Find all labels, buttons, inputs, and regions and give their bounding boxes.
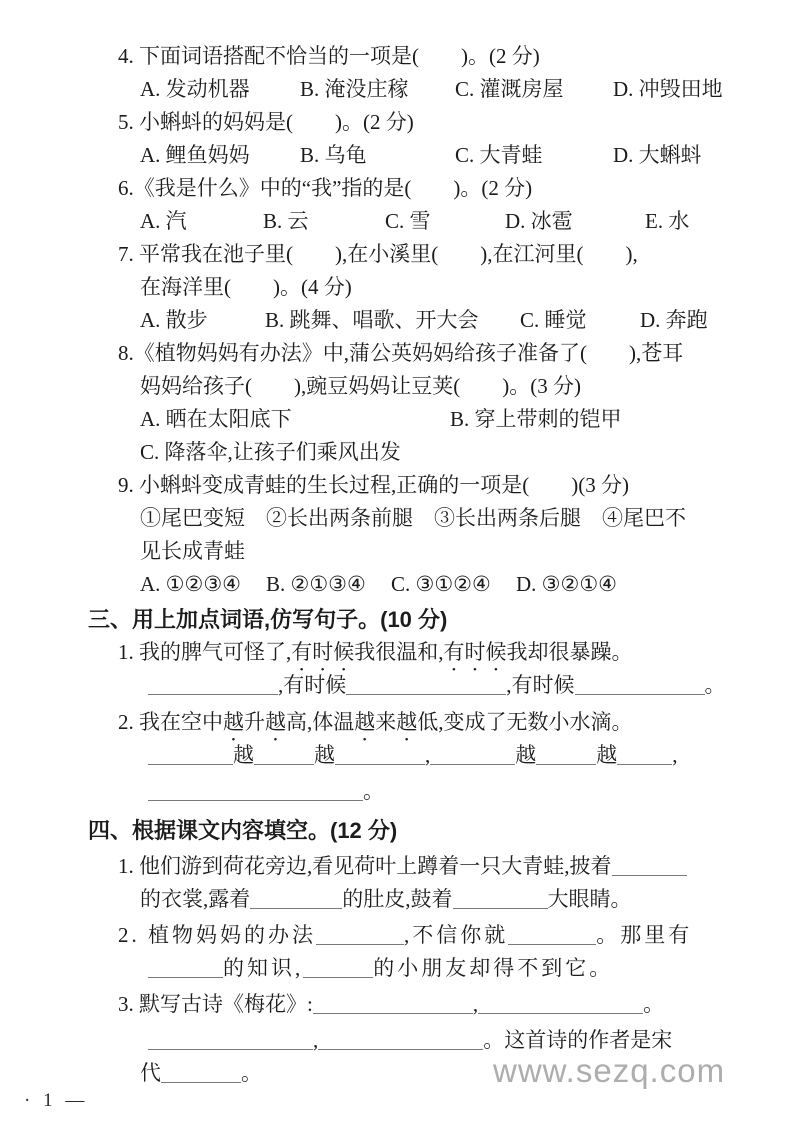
sentence-text: 。 (363, 779, 384, 803)
option-b: B. 乌龟 (300, 139, 455, 172)
question-8-options-row2: C. 降落伞,让孩子们乘风出发 (0, 436, 800, 469)
answer-blank (303, 960, 373, 978)
option-a: A. ①②③④ (140, 568, 266, 601)
section-4-q2-line2: 的知识,的小朋友却得不到它。 (0, 952, 800, 985)
section-3-header: 三、用上加点词语,仿写句子。(10 分) (0, 603, 800, 636)
sentence-text: 的肚皮,鼓着 (342, 887, 452, 911)
answer-blank (148, 747, 233, 765)
section-3-q1-answer-line: ,有时候,有时候。 (0, 669, 800, 702)
answer-blank (250, 891, 342, 909)
answer-blank (313, 996, 473, 1014)
question-6-options: A. 汽B. 云C. 雪D. 冰雹E. 水 (0, 205, 800, 238)
question-9-items-line1: ①尾巴变短 ②长出两条前腿 ③长出两条后腿 ④尾巴不 (0, 502, 800, 535)
question-9-options: A. ①②③④B. ②①③④C. ③①②④D. ③②①④ (0, 568, 800, 601)
question-4-stem: 4. 下面词语搭配不恰当的一项是( )。(2 分) (0, 40, 800, 73)
question-8-stem-line1: 8.《植物妈妈有办法》中,蒲公英妈妈给孩子准备了( ),苍耳 (0, 337, 800, 370)
sentence-text: 越 (233, 743, 254, 767)
option-b: B. ②①③④ (266, 568, 391, 601)
section-4-header: 四、根据课文内容填空。(12 分) (0, 814, 800, 847)
section-4-q1-line1: 1. 他们游到荷花旁边,看见荷叶上蹲着一只大青蛙,披着 (0, 850, 800, 883)
option-d: D. ③②①④ (516, 568, 617, 601)
answer-blank (612, 858, 687, 876)
sentence-text: , (672, 743, 677, 767)
answer-blank (617, 747, 672, 765)
sentence-text: 来 (375, 710, 396, 734)
answer-blank (148, 1032, 313, 1050)
question-7-options: A. 散步B. 跳舞、唱歌、开大会C. 睡觉D. 奔跑 (0, 304, 800, 337)
answer-blank (536, 747, 596, 765)
dotted-word: 越 (396, 710, 417, 734)
option-b: B. 跳舞、唱歌、开大会 (265, 304, 520, 337)
answer-blank (316, 927, 404, 945)
option-c: C. 灌溉房屋 (455, 73, 613, 106)
watermark: www.sezq.com (493, 1052, 725, 1090)
question-7-stem-line2: 在海洋里( )。(4 分) (0, 271, 800, 304)
dotted-word: 有时候 (444, 640, 507, 664)
section-3-q2-answer-line2: 。 (0, 775, 800, 808)
dotted-word: 有时候 (291, 640, 354, 664)
option-d: D. 大蝌蚪 (613, 139, 702, 172)
sentence-text: 升 (244, 710, 265, 734)
option-a: A. 汽 (140, 205, 263, 238)
sentence-text: 1. 我的脾气可怪了, (118, 640, 291, 664)
sentence-text: 的衣裳,露着 (140, 887, 250, 911)
sentence-text: 的小朋友却得不到它。 (373, 956, 613, 980)
sentence-text: 越 (596, 743, 617, 767)
option-c: C. 睡觉 (520, 304, 640, 337)
question-7-stem-line1: 7. 平常我在池子里( ),在小溪里( ),在江河里( ), (0, 238, 800, 271)
question-8-stem-line2: 妈妈给孩子( ),豌豆妈妈让豆荚( )。(3 分) (0, 370, 800, 403)
option-c: C. ③①②④ (391, 568, 516, 601)
dotted-word: 越 (223, 710, 244, 734)
section-4-q3-line1: 3. 默写古诗《梅花》:,。 (0, 988, 800, 1021)
answer-blank (478, 996, 643, 1014)
question-9-stem: 9. 小蝌蚪变成青蛙的生长过程,正确的一项是( )(3 分) (0, 469, 800, 502)
option-a: A. 发动机器 (140, 73, 300, 106)
sentence-text: 的知识, (223, 956, 303, 980)
sentence-text: 。 (643, 992, 664, 1016)
sentence-text: 2. 植物妈妈的办法 (118, 923, 316, 947)
question-5-stem: 5. 小蝌蚪的妈妈是( )。(2 分) (0, 106, 800, 139)
question-8-options-row1: A. 晒在太阳底下B. 穿上带刺的铠甲 (0, 403, 800, 436)
option-c: C. 雪 (385, 205, 505, 238)
option-b: B. 云 (263, 205, 385, 238)
sentence-text: 高,体温 (286, 710, 354, 734)
sentence-text: 。 (705, 673, 726, 697)
sentence-text: 2. 我在空中 (118, 710, 223, 734)
sentence-text: 。 (241, 1061, 262, 1085)
section-3-q2-answer-line1: 越越,越越, (0, 739, 800, 772)
answer-blank (430, 747, 515, 765)
sentence-text: 。那里有 (596, 923, 692, 947)
sentence-text: ,不信你就 (404, 923, 508, 947)
answer-blank (318, 1032, 483, 1050)
answer-blank (148, 960, 223, 978)
page-number: · 1 — (24, 1090, 88, 1112)
section-4-q1-line2: 的衣裳,露着的肚皮,鼓着大眼睛。 (0, 883, 800, 916)
sentence-text: 代 (140, 1061, 161, 1085)
answer-blank (254, 747, 314, 765)
option-c: C. 大青蛙 (455, 139, 613, 172)
answer-blank (148, 783, 363, 801)
question-9-items-line2: 见长成青蛙 (0, 535, 800, 568)
option-d: D. 冰雹 (505, 205, 645, 238)
option-e: E. 水 (645, 205, 689, 238)
option-b: B. 穿上带刺的铠甲 (450, 403, 622, 436)
sentence-text: ,有时候 (506, 673, 574, 697)
answer-blank (335, 747, 425, 765)
question-6-stem: 6.《我是什么》中的“我”指的是( )。(2 分) (0, 172, 800, 205)
answer-blank (453, 891, 548, 909)
sentence-text: ,有时候 (278, 673, 346, 697)
sentence-text: 低,变成了无数小水滴。 (417, 710, 632, 734)
answer-blank (346, 677, 506, 695)
answer-blank (508, 927, 596, 945)
sentence-text: 。这首诗的作者是宋 (483, 1028, 672, 1052)
option-b: B. 淹没庄稼 (300, 73, 455, 106)
sentence-text: 越 (515, 743, 536, 767)
option-d: D. 冲毁田地 (613, 73, 723, 106)
dotted-word: 越 (354, 710, 375, 734)
question-5-options: A. 鲤鱼妈妈B. 乌龟C. 大青蛙D. 大蝌蚪 (0, 139, 800, 172)
sentence-text: 1. 他们游到荷花旁边,看见荷叶上蹲着一只大青蛙,披着 (118, 854, 612, 878)
option-d: D. 奔跑 (640, 304, 708, 337)
option-a: A. 晒在太阳底下 (140, 403, 450, 436)
section-3-q1-sentence: 1. 我的脾气可怪了,有时候我很温和,有时候我却很暴躁。 (0, 636, 800, 669)
dotted-word: 越 (265, 710, 286, 734)
option-a: A. 鲤鱼妈妈 (140, 139, 300, 172)
answer-blank (575, 677, 705, 695)
option-a: A. 散步 (140, 304, 265, 337)
section-4-q2-line1: 2. 植物妈妈的办法,不信你就。那里有 (0, 919, 800, 952)
section-3-q2-sentence: 2. 我在空中越升越高,体温越来越低,变成了无数小水滴。 (0, 706, 800, 739)
sentence-text: 大眼睛。 (548, 887, 632, 911)
question-4-options: A. 发动机器B. 淹没庄稼C. 灌溉房屋D. 冲毁田地 (0, 73, 800, 106)
sentence-text: 越 (314, 743, 335, 767)
sentence-text: 我却很暴躁。 (507, 640, 633, 664)
answer-blank (161, 1065, 241, 1083)
option-c: C. 降落伞,让孩子们乘风出发 (140, 436, 401, 469)
exam-page: 4. 下面词语搭配不恰当的一项是( )。(2 分) A. 发动机器B. 淹没庄稼… (0, 40, 800, 1090)
sentence-text: 我很温和, (354, 640, 443, 664)
answer-blank (148, 677, 278, 695)
sentence-text: 3. 默写古诗《梅花》: (118, 992, 313, 1016)
